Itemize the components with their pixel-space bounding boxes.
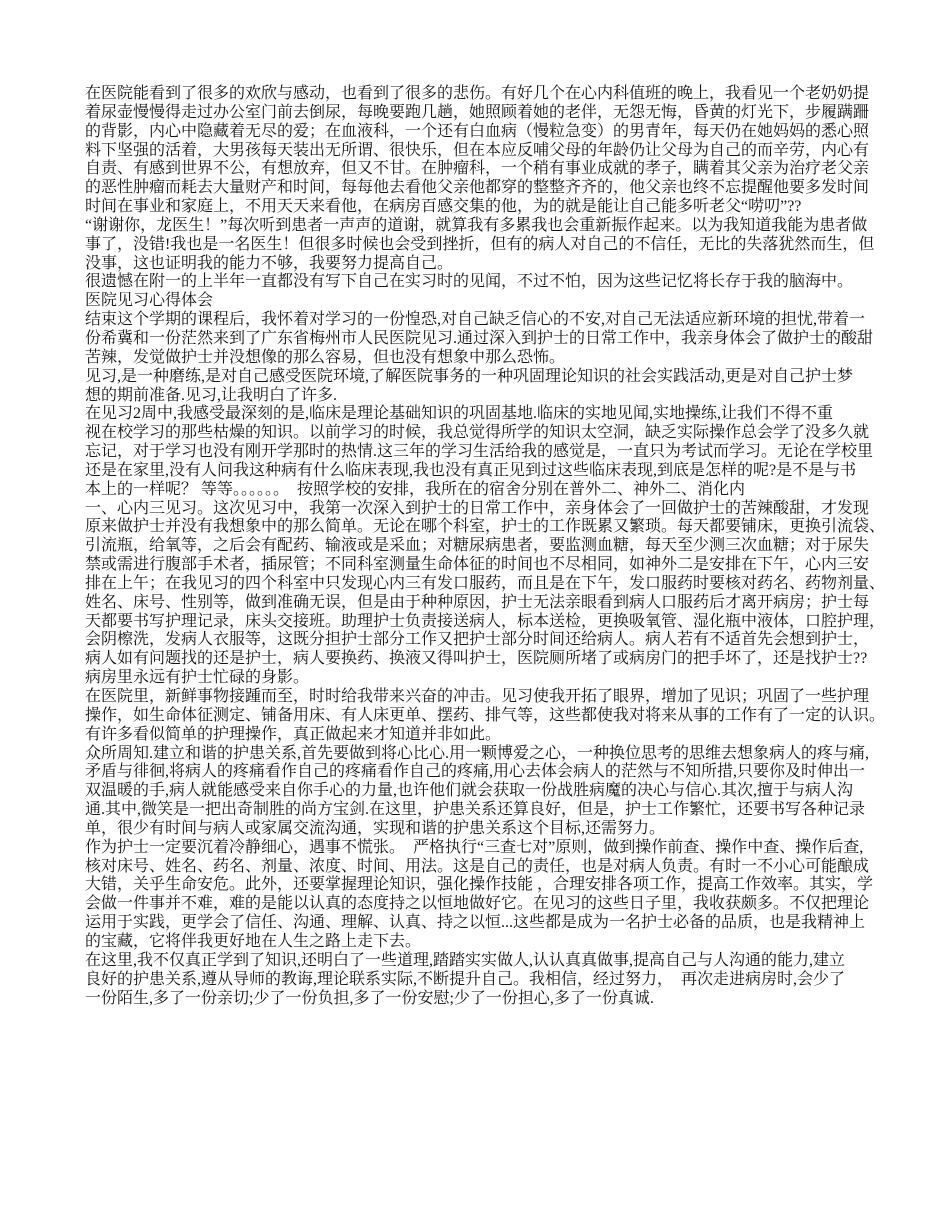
text-line: 原来做护士并没有我想象中的那么简单。无论在哪个科室，护士的工作既累又繁琐。每天都… — [85, 518, 877, 537]
text-line: 姓名、床号、性别等，做到准确无误，但是由于种种原因，护士无法亲眼看到病人口服药后… — [85, 594, 877, 613]
text-line: 单，很少有时间与病人或家属交流沟通，实现和谐的护患关系这个目标,还需努力。 — [85, 820, 877, 839]
text-line: 还是在家里,没有人问我这种病有什么临床表现,我也没有真正见到过这些临床表现,到底… — [85, 462, 877, 481]
text-line: 在医院里，新鲜事物接踵而至，时时给我带来兴奋的冲击。见习使我开拓了眼界，增加了见… — [85, 688, 877, 707]
text-line: 众所周知.建立和谐的护患关系,首先要做到将心比心.用一颗博爱之心，一种换位思考的… — [85, 745, 877, 764]
text-line: 禁或需进行腹部手术者，插尿管；不同科室测量生命体征的时间也不尽相同，如神外二是安… — [85, 556, 877, 575]
text-line: 时间在事业和家庭上，不用天天来看他，在病房百感交集的他，为的就是能让自己能多听老… — [85, 198, 877, 217]
text-line: “谢谢你，龙医生！”每次听到患者一声声的道谢，就算我有多累我也会重新振作起来。以… — [85, 217, 877, 236]
text-line: 的宝藏，它将伴我更好地在人生之路上走下去。 — [85, 933, 877, 952]
text-line: 事了，没错!我也是一名医生！但很多时候也会受到挫折，但有的病人对自己的不信任，无… — [85, 236, 877, 255]
text-line: 天都要书写护理记录，床头交接班。助理护士负责接送病人，标本送检，更换吸氧管、湿化… — [85, 613, 877, 632]
text-line: 排在上午；在我见习的四个科室中只发现心内三有发口服药，而且是在下午，发口服药时要… — [85, 575, 877, 594]
text-line: 矛盾与徘徊,将病人的疼痛看作自己的疼痛看作自己的疼痛,用心去体会病人的茫然与不知… — [85, 763, 877, 782]
document-text: 在医院能看到了很多的欢欣与感动，也看到了很多的悲伤。有好几个在心内科值班的晚上，… — [85, 85, 877, 1008]
text-line: 忘记，对于学习也没有刚开学那时的热情.这三年的学习生活给我的感觉是，一直只为考试… — [85, 443, 877, 462]
text-line: 见习,是一种磨练,是对自己感受医院环境,了解医院事务的一种巩固理论知识的社会实践… — [85, 368, 877, 387]
text-line: 一份陌生,多了一份亲切;少了一份负担,多了一份安慰;少了一份担心,多了一份真诚. — [85, 990, 877, 1009]
text-line: 作为护士一定要沉着冷静细心，遇事不慌张。 严格执行“三查七对”原则，做到操作前查… — [85, 839, 877, 858]
text-line: 会做一件事并不难，难的是能以认真的态度持之以恒地做好它。在见习的这些日子里，我收… — [85, 895, 877, 914]
text-line: 大错，关乎生命安危。此外，还要掌握理论知识，强化操作技能 ，合理安排各项工作，提… — [85, 876, 877, 895]
text-line: 运用于实践，更学会了信任、沟通、理解、认真、持之以恒...这些都是成为一名护士必… — [85, 914, 877, 933]
text-line: 自责、有感到世界不公，有想放弃，但又不甘。在肿瘤科，一个稍有事业成就的孝子，瞒着… — [85, 160, 877, 179]
text-line: 双温暖的手,病人就能感受来自你手心的力量,也许他们就会获取一份战胜病魔的决心与信… — [85, 782, 877, 801]
text-line: 很遗憾在附一的上半年一直都没有写下自己在实习时的见闻，不过不怕，因为这些记忆将长… — [85, 273, 877, 292]
text-line: 没事，这也证明我的能力不够，我要努力提高自己。 — [85, 255, 877, 274]
text-line: 通.其中,微笑是一把出奇制胜的尚方宝剑.在这里，护患关系还算良好，但是，护士工作… — [85, 801, 877, 820]
text-line: 想的期前准备.见习,让我明白了许多. — [85, 387, 877, 406]
text-line: 病房里永远有护士忙碌的身影。 — [85, 669, 877, 688]
text-line: 病人如有问题找的还是护士，病人要换药、换液又得叫护士，医院厕所堵了或病房门的把手… — [85, 650, 877, 669]
text-line: 的恶性肿瘤而耗去大量财产和时间，每每他去看他父亲他都穿的整整齐齐的，他父亲也终不… — [85, 179, 877, 198]
text-line: 本上的一样呢？ 等等。。。。。。 按照学校的安排，我所在的宿舍分别在普外二、神外… — [85, 481, 877, 500]
text-line: 在这里,我不仅真正学到了知识,还明白了一些道理,踏踏实实做人,认认真真做事,提高… — [85, 952, 877, 971]
text-line: 视在校学习的那些枯燥的知识。以前学习的时候，我总觉得所学的知识太空洞，缺乏实际操… — [85, 424, 877, 443]
document-page: 在医院能看到了很多的欢欣与感动，也看到了很多的悲伤。有好几个在心内科值班的晚上，… — [0, 0, 950, 1230]
text-line: 着尿壶慢慢得走过办公室门前去倒尿，每晚要跑几趟，她照顾着她的老伴，无怨无悔，昏黄… — [85, 104, 877, 123]
text-line: 苦辣，发觉做护士并没想像的那么容易，但也没有想象中那么恐怖。 — [85, 349, 877, 368]
text-line: 良好的护患关系,遵从导师的教诲,理论联系实际,不断提升自己。我相信，经过努力， … — [85, 971, 877, 990]
text-line: 引流瓶，给氧等，之后会有配药、输液或是采血；对糖尿病患者，要监测血糖，每天至少测… — [85, 537, 877, 556]
text-line: 的背影，内心中隐藏着无尽的爱；在血液科，一个还有白血病（慢粒急变）的男青年，每天… — [85, 123, 877, 142]
text-line: 医院见习心得体会 — [85, 292, 877, 311]
text-line: 结束这个学期的课程后，我怀着对学习的一份惶恐,对自己缺乏信心的不安,对自己无法适… — [85, 311, 877, 330]
text-line: 核对床号、姓名、药名、剂量、浓度、时间、用法。这是自己的责任，也是对病人负责。有… — [85, 858, 877, 877]
text-line: 一、心内三见习。这次见习中，我第一次深入到护士的日常工作中，亲身体会了一回做护士… — [85, 500, 877, 519]
text-line: 料下坚强的活着，大男孩每天装出无所谓、很快乐，但在本应反哺父母的年龄仍让父母为自… — [85, 142, 877, 161]
text-line: 会阴檫洗，发病人衣服等，这既分担护士部分工作又把护士部分时间还给病人。病人若有不… — [85, 631, 877, 650]
text-line: 在见习2周中,我感受最深刻的是,临床是理论基础知识的巩固基地.临床的实地见闻,实… — [85, 405, 877, 424]
text-line: 操作，如生命体征测定、铺备用床、有人床更单、摆药、排气等，这些都使我对将来从事的… — [85, 707, 877, 726]
text-line: 在医院能看到了很多的欢欣与感动，也看到了很多的悲伤。有好几个在心内科值班的晚上，… — [85, 85, 877, 104]
text-line: 有许多看似简单的护理操作，真正做起来才知道并非如此。 — [85, 726, 877, 745]
text-line: 份希冀和一份茫然来到了广东省梅州市人民医院见习.通过深入到护士的日常工作中，我亲… — [85, 330, 877, 349]
